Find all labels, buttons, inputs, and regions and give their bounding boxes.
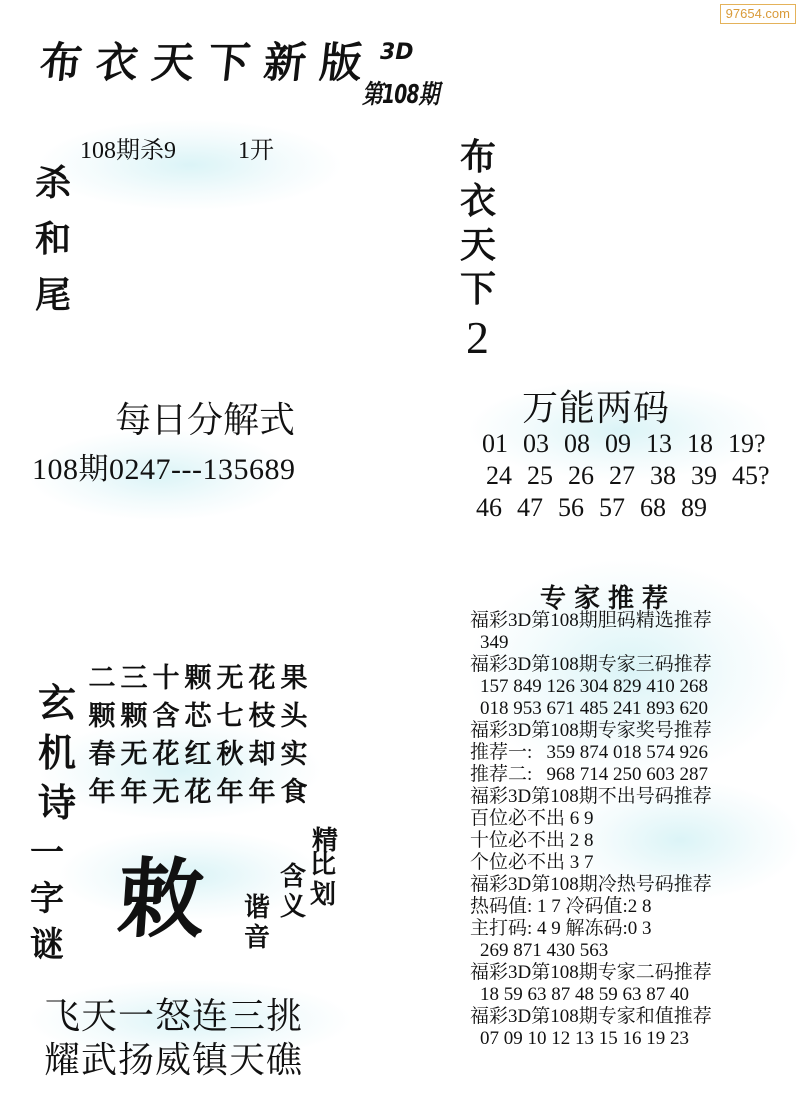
poem-char: 果 [278,660,310,698]
bottom-poem-line: 飞天一怒连三挑 [44,994,303,1038]
poem-char: 二 [86,660,118,698]
code-cell: 38 [650,460,691,492]
hint-char: 划 [310,880,336,910]
expert-line: 主打码: 4 9 解冻码:0 3 [470,918,800,940]
expert-line: 福彩3D第108期专家三码推荐 [470,654,800,676]
code-cell: 47 [517,492,558,524]
poem-char: 无 [118,736,150,774]
riddle-label: 一 字 谜 [30,830,64,968]
code-cell: 68 [640,492,681,524]
expert-line: 十位必不出 2 8 [470,830,800,852]
vertical-char: 一 [30,830,64,876]
poem-char: 花 [182,774,214,812]
poem-char: 颗 [86,698,118,736]
code-cell: 56 [558,492,599,524]
lottery-type: 3D [380,40,414,65]
expert-line: 福彩3D第108期专家和值推荐 [470,1006,800,1028]
poem-char: 无 [150,774,182,812]
riddle-hint-column: 比 划 [310,850,336,910]
poem-char: 年 [86,774,118,812]
poem-char: 食 [278,774,310,812]
expert-line: 福彩3D第108期不出号码推荐 [470,786,800,808]
expert-line: 推荐二: 968 714 250 603 287 [470,764,800,786]
poem-char: 实 [278,736,310,774]
poem-char: 年 [214,774,246,812]
code-cell: 08 [564,428,605,460]
poem-char: 却 [246,736,278,774]
hint-char: 义 [280,892,306,922]
expert-line: 157 849 126 304 829 410 268 [470,676,800,698]
code-cell: 09 [605,428,646,460]
vertical-char: 字 [30,876,64,922]
poem-char: 花 [246,660,278,698]
expert-line: 福彩3D第108期专家奖号推荐 [470,720,800,742]
code-cell: 46 [476,492,517,524]
vertical-char: 尾 [35,267,71,323]
poem-char: 无 [214,660,246,698]
poem-char: 十 [150,660,182,698]
vertical-char: 衣 [460,179,496,223]
site-badge[interactable]: 97654.com [720,4,796,24]
code-cell: 26 [568,460,609,492]
vertical-char: 机 [38,728,76,778]
code-cell: 24 [486,460,527,492]
daily-formula-line: 108期0247---135689 [32,444,295,488]
poem-char: 颗 [118,698,150,736]
poem-char: 花 [150,736,182,774]
riddle-hint-column: 含 义 [280,862,306,922]
poem-char: 春 [86,736,118,774]
daily-formula-title: 每日分解式 [115,392,295,443]
vertical-char: 玄 [38,678,76,728]
poem-row: 春无花红秋却实 [86,736,310,774]
vertical-char: 天 [460,223,496,267]
kill-vertical-label: 杀 和 尾 [35,155,71,323]
vertical-char: 杀 [35,155,71,211]
poem-row: 二三十颗无花果 [86,660,310,698]
riddle-character: 敕 [115,850,208,950]
vertical-char: 布 [460,135,496,179]
code-cell: 13 [646,428,687,460]
vertical-char: 谜 [30,922,64,968]
hint-char: 含 [280,862,306,892]
code-cell: 25 [527,460,568,492]
expert-line: 269 871 430 563 [470,940,800,962]
code-cell: 27 [609,460,650,492]
code-cell: 01 [482,428,523,460]
two-codes-grid: 01 03 08 09 13 18 19? 24 25 26 27 38 39 … [480,428,773,524]
two-codes-title: 万能两码 [522,380,670,431]
right-vertical-title: 布 衣 天 下 2 [460,135,496,363]
expert-line: 热码值: 1 7 冷码值:2 8 [470,896,800,918]
mystic-poem-grid: 二三十颗无花果颗颗含芯七枝头春无花红秋却实年年无花年年食 [86,660,310,812]
expert-line: 推荐一: 359 874 018 574 926 [470,742,800,764]
kill-text: 108期杀9 [80,130,176,165]
expert-list: 福彩3D第108期胆码精选推荐349福彩3D第108期专家三码推荐157 849… [470,610,800,1050]
two-codes-row: 24 25 26 27 38 39 45? [480,460,773,492]
poem-char: 头 [278,698,310,736]
right-vertical-number: 2 [466,313,496,363]
vertical-char: 诗 [38,778,76,828]
hint-char: 谐 [244,893,270,923]
bottom-poem: 飞天一怒连三挑 耀武扬威镇天礁 [44,994,303,1082]
expert-line: 百位必不出 6 9 [470,808,800,830]
code-cell: 39 [691,460,732,492]
poem-char: 七 [214,698,246,736]
vertical-char: 和 [35,211,71,267]
expert-line: 349 [470,632,800,654]
riddle-hint-column: 谐 音 [244,893,270,953]
poem-row: 年年无花年年食 [86,774,310,812]
open-text: 1开 [238,130,274,165]
issue-number: 第108期 [362,74,439,111]
expert-line: 福彩3D第108期专家二码推荐 [470,962,800,984]
mystic-poem-label: 玄 机 诗 [38,678,76,828]
hint-char: 音 [244,923,270,953]
poem-row: 颗颗含芯七枝头 [86,698,310,736]
poem-char: 颗 [182,660,214,698]
page-title: 布衣天下新版 [37,38,378,88]
code-cell: 89 [681,492,722,524]
expert-line: 个位必不出 3 7 [470,852,800,874]
expert-line: 福彩3D第108期胆码精选推荐 [470,610,800,632]
expert-line: 018 953 671 485 241 893 620 [470,698,800,720]
two-codes-row: 01 03 08 09 13 18 19? [480,428,773,460]
poem-char: 年 [118,774,150,812]
code-cell: 18 [687,428,728,460]
two-codes-row: 46 47 56 57 68 89 [476,492,773,524]
poem-char: 三 [118,660,150,698]
vertical-char: 下 [460,267,496,311]
code-cell: 03 [523,428,564,460]
poem-char: 年 [246,774,278,812]
bottom-poem-line: 耀武扬威镇天礁 [44,1038,303,1082]
expert-line: 18 59 63 87 48 59 63 87 40 [470,984,800,1006]
poem-char: 芯 [182,698,214,736]
code-cell: 19? [728,428,769,460]
poem-char: 秋 [214,736,246,774]
expert-line: 07 09 10 12 13 15 16 19 23 [470,1028,800,1050]
hint-char: 比 [310,850,336,880]
code-cell: 45? [732,460,773,492]
poem-char: 枝 [246,698,278,736]
expert-line: 福彩3D第108期冷热号码推荐 [470,874,800,896]
poem-char: 含 [150,698,182,736]
code-cell: 57 [599,492,640,524]
poem-char: 红 [182,736,214,774]
